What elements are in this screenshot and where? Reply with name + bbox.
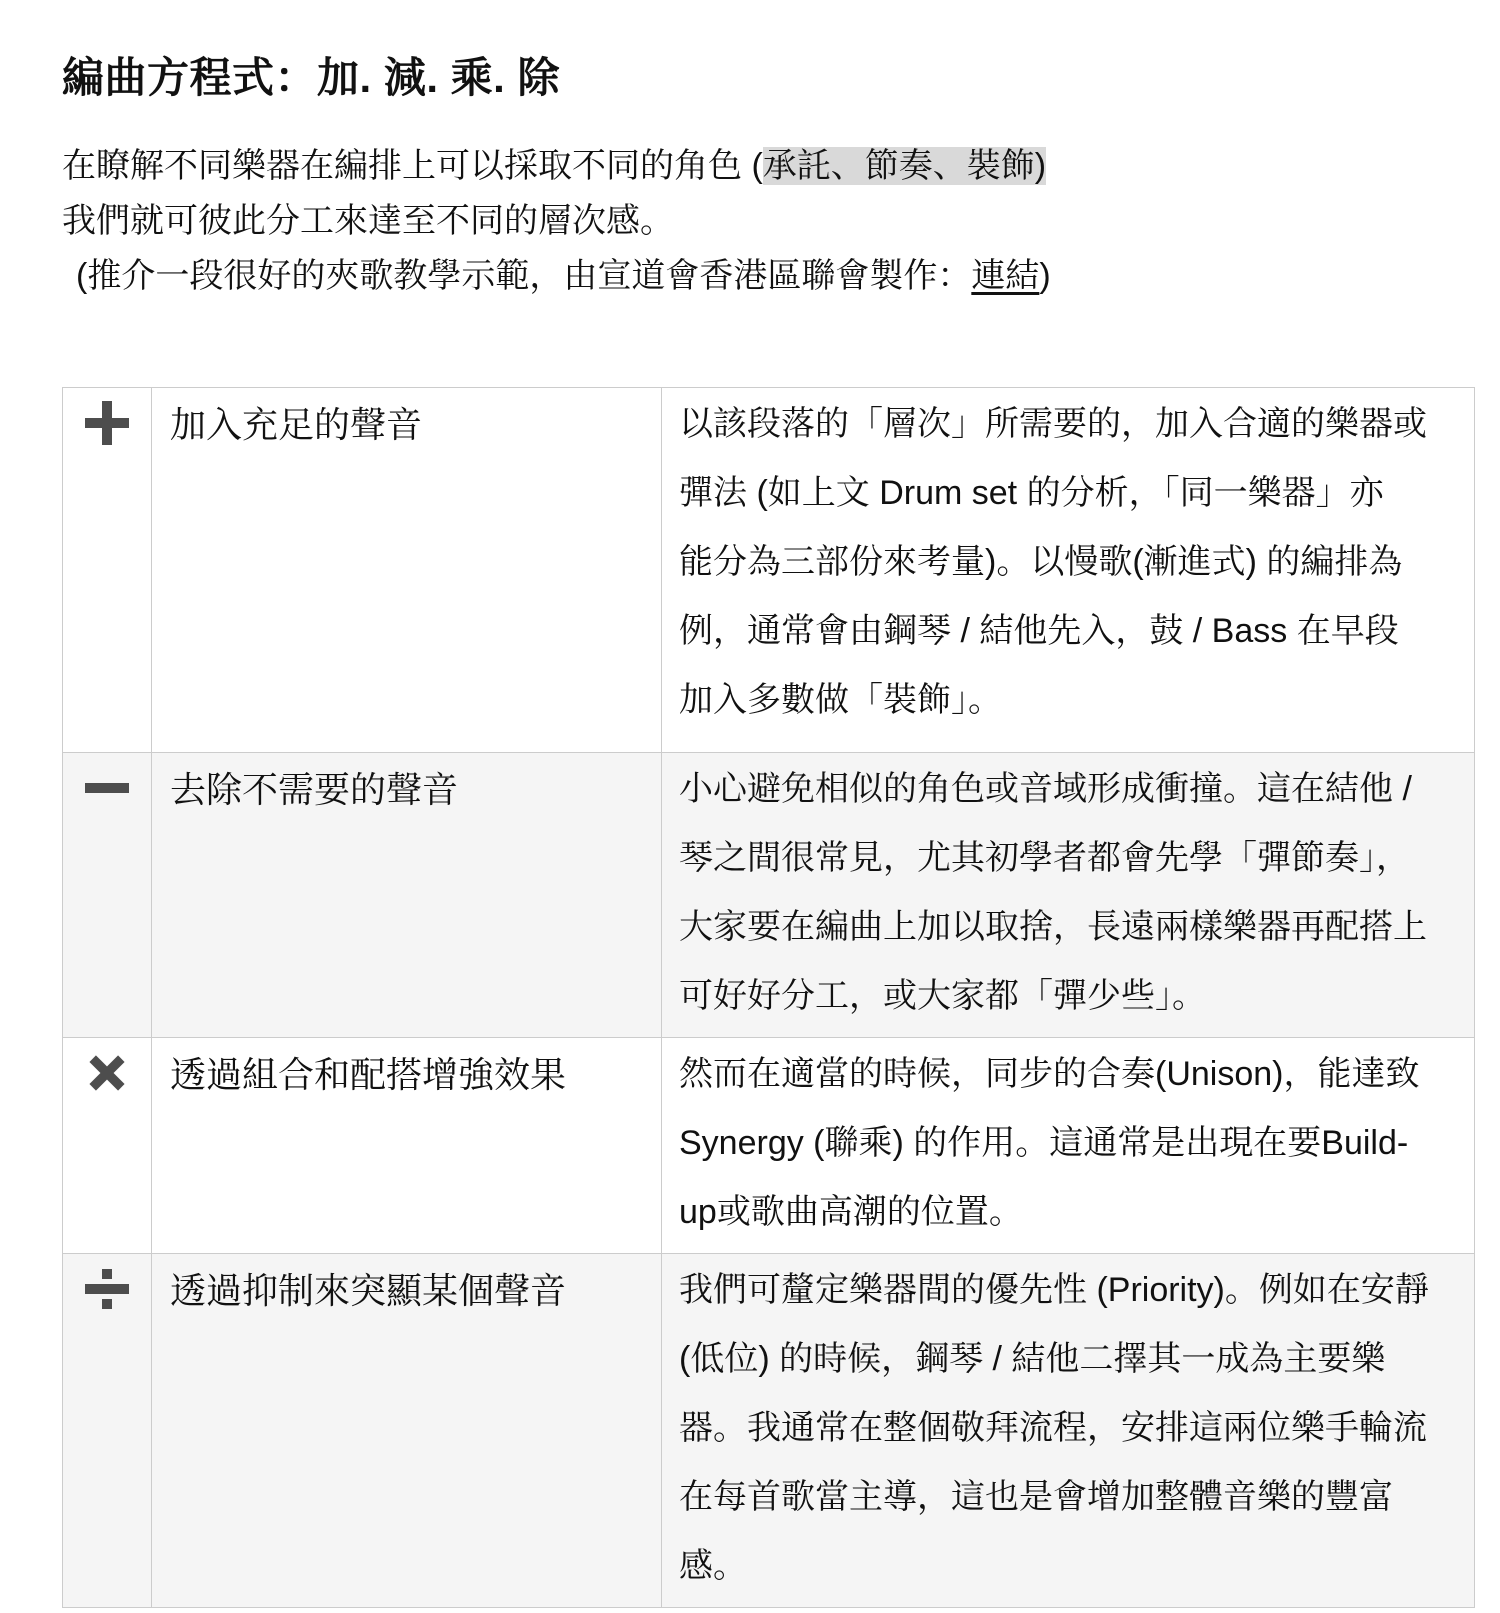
highlighted-roles-text: 承託、節奏、裝飾): [763, 147, 1046, 185]
intro-line3-text: (推介一段很好的夾歌教學示範，由宣道會香港區聯會製作：: [76, 257, 971, 295]
arrangement-equation-table: 加入充足的聲音 以該段落的「層次」所需要的，加入合適的樂器或 彈法 (如上文 D…: [62, 387, 1475, 1608]
table-row-multiply: 透過組合和配搭增強效果 然而在適當的時候，同步的合奏(Unison)，能達致 S…: [63, 1038, 1475, 1254]
row-heading: 透過抑制來突顯某個聲音: [152, 1254, 662, 1608]
intro-line-1: 在瞭解不同樂器在編排上可以採取不同的角色 (承託、節奏、裝飾): [62, 139, 1400, 194]
intro-paragraph: 在瞭解不同樂器在編排上可以採取不同的角色 (承託、節奏、裝飾) 我們就可彼此分工…: [62, 139, 1400, 304]
row-heading: 加入充足的聲音: [152, 388, 662, 753]
table-row-add: 加入充足的聲音 以該段落的「層次」所需要的，加入合適的樂器或 彈法 (如上文 D…: [63, 388, 1475, 753]
page-title: 編曲方程式：加. 減. 乘. 除: [62, 45, 1400, 105]
row-heading: 透過組合和配搭增強效果: [152, 1038, 662, 1254]
table-row-divide: 透過抑制來突顯某個聲音 我們可釐定樂器間的優先性 (Priority)。例如在安…: [63, 1254, 1475, 1608]
icon-cell: [63, 388, 152, 753]
row-description: 然而在適當的時候，同步的合奏(Unison)，能達致 Synergy (聯乘) …: [662, 1038, 1475, 1254]
icon-cell: [63, 1038, 152, 1254]
table-row-subtract: 去除不需要的聲音 小心避免相似的角色或音域形成衝撞。這在結他 / 琴之間很常見，…: [63, 753, 1475, 1038]
icon-cell: [63, 753, 152, 1038]
divide-icon: [85, 1267, 129, 1311]
row-description: 以該段落的「層次」所需要的，加入合適的樂器或 彈法 (如上文 Drum set …: [662, 388, 1475, 753]
intro-line-3: (推介一段很好的夾歌教學示範，由宣道會香港區聯會製作：連結): [62, 249, 1400, 304]
intro-line3-suffix: ): [1039, 257, 1050, 295]
intro-line-2: 我們就可彼此分工來達至不同的層次感。: [62, 194, 1400, 249]
plus-icon: [85, 401, 129, 445]
row-description: 我們可釐定樂器間的優先性 (Priority)。例如在安靜 (低位) 的時候，鋼…: [662, 1254, 1475, 1608]
minus-icon: [85, 766, 129, 810]
multiply-icon: [78, 1044, 135, 1101]
link-lianjie[interactable]: 連結: [971, 257, 1039, 295]
intro-line1-text: 在瞭解不同樂器在編排上可以採取不同的角色 (: [62, 147, 763, 185]
icon-cell: [63, 1254, 152, 1608]
row-description: 小心避免相似的角色或音域形成衝撞。這在結他 / 琴之間很常見，尤其初學者都會先學…: [662, 753, 1475, 1038]
document-page: 編曲方程式：加. 減. 乘. 除 在瞭解不同樂器在編排上可以採取不同的角色 (承…: [0, 0, 1500, 1608]
row-heading: 去除不需要的聲音: [152, 753, 662, 1038]
